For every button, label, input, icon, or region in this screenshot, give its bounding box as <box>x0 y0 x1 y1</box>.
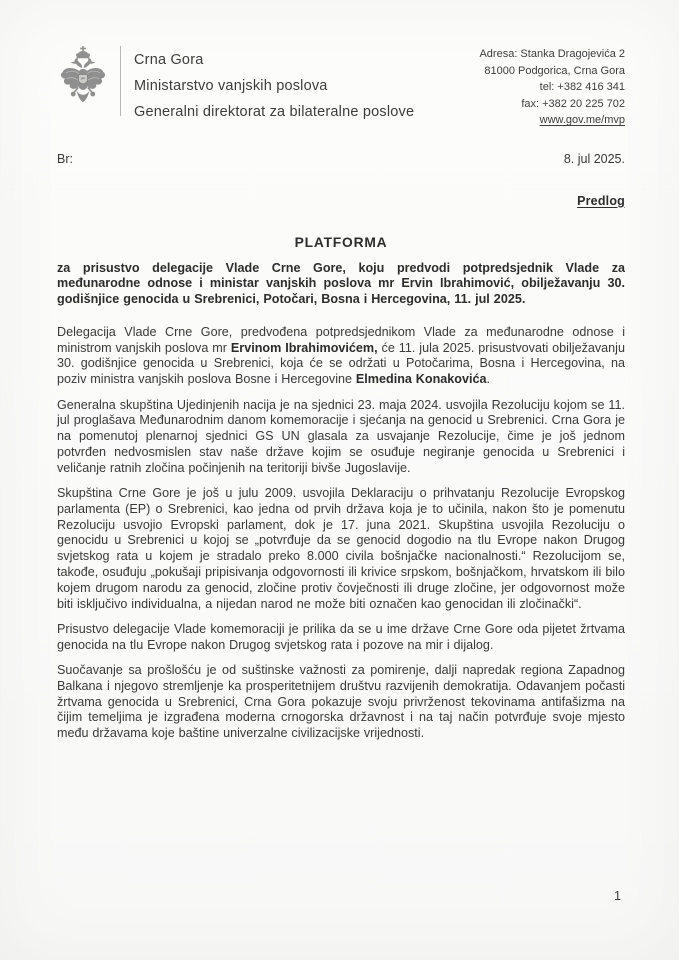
org-directorate: Generalni direktorat za bilateralne posl… <box>134 99 414 125</box>
proposal-row: Predlog <box>57 192 625 210</box>
address-city: 81000 Podgorica, Crna Gora <box>479 63 625 80</box>
letterhead-left: Crna Gora Ministarstvo vanjskih poslova … <box>57 44 414 125</box>
meta-row: Br: 8. jul 2025. <box>57 152 625 166</box>
paragraph: Prisustvo delegacije Vlade komemoraciji … <box>57 622 625 654</box>
org-ministry: Ministarstvo vanjskih poslova <box>134 73 414 99</box>
letterhead: Crna Gora Ministarstvo vanjskih poslova … <box>57 44 625 129</box>
paragraph: Delegacija Vlade Crne Gore, predvođena p… <box>57 325 625 388</box>
document-date: 8. jul 2025. <box>564 152 625 166</box>
body-text: Suočavanje sa prošlošću je od suštinske … <box>57 663 625 740</box>
body-text: Skupština Crne Gore je još u julu 2009. … <box>57 486 625 611</box>
number-label: Br: <box>57 152 73 166</box>
paragraph: Generalna skupština Ujedinjenih nacija j… <box>57 398 625 477</box>
org-country: Crna Gora <box>134 47 414 73</box>
document-subtitle: za prisustvo delegacije Vlade Crne Gore,… <box>57 261 625 308</box>
paragraph: Suočavanje sa prošlošću je od suštinske … <box>57 663 625 742</box>
website-link[interactable]: www.gov.me/mvp <box>540 112 625 129</box>
letterhead-divider <box>120 46 121 116</box>
body-paragraphs: Delegacija Vlade Crne Gore, predvođena p… <box>57 325 625 742</box>
address-block: Adresa: Stanka Dragojevića 2 81000 Podgo… <box>479 44 625 129</box>
body-text: Prisustvo delegacije Vlade komemoraciji … <box>57 622 625 652</box>
address-fax: fax: +382 20 225 702 <box>479 96 625 113</box>
montenegro-coat-of-arms-icon <box>57 45 109 122</box>
org-name-block: Crna Gora Ministarstvo vanjskih poslova … <box>134 44 414 125</box>
proposal-label: Predlog <box>577 194 625 208</box>
document-title: PLATFORMA <box>57 235 625 250</box>
address-tel: tel: +382 416 341 <box>479 79 625 96</box>
document-page: Crna Gora Ministarstvo vanjskih poslova … <box>0 0 679 960</box>
bold-text: Elmedina Konakovića <box>356 372 487 386</box>
bold-text: Ervinom Ibrahimovićem, <box>231 341 378 355</box>
body-text: Generalna skupština Ujedinjenih nacija j… <box>57 398 625 475</box>
body-text: . <box>487 372 491 386</box>
page-number: 1 <box>614 889 621 903</box>
address-street: Adresa: Stanka Dragojevića 2 <box>479 46 625 63</box>
paragraph: Skupština Crne Gore je još u julu 2009. … <box>57 486 625 612</box>
